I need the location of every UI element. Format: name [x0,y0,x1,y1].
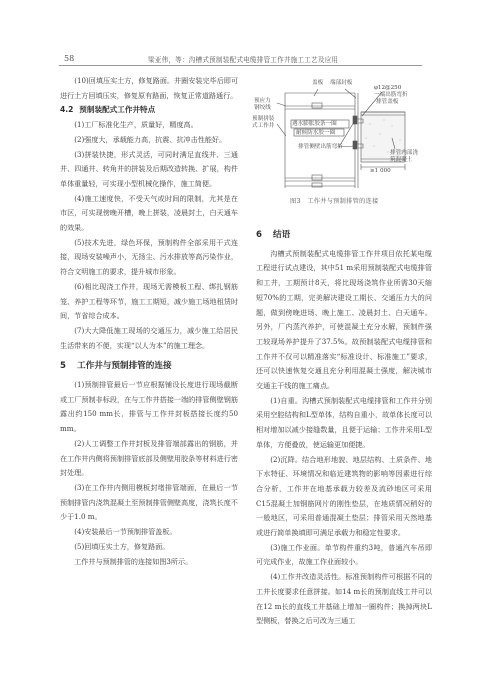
feature-item: (6)相比现浇工作井，现场无需模板工程、绑扎钢筋笼、养护工程等环节，施工工期短，… [60,280,238,324]
paragraph-step10: (10)回填压实土方，修复路面。井圈安装完毕后即可进行土方回填压实，修复原有路面… [60,74,238,103]
conclusion-paragraph: (1)自重。沟槽式预制装配式电缆排管和工作井分别采用空腔结构和L型单体，结构自重… [256,394,432,453]
label-dimension: ≥1 000 [370,168,391,175]
section-title: 结语 [273,230,290,240]
label-side-rebar-bend: 排管侧壁出筋弯折 [298,144,343,151]
label-precast-well: 预制拼装式工作井 [252,116,278,130]
section-number: 4.2 [60,103,74,118]
feature-item: (3)拼装快捷，形式灵活，可同时满足直线井、三通井、四通井、转角井的拼装及后期改… [60,148,238,192]
page-header: 58 梁亚伟，等：沟槽式预制装配式电缆排管工作井施工工艺及应用 [60,53,422,65]
connection-step: (4)安装最后一节预制排管盖板。 [60,525,238,540]
feature-item: (4)施工速度快，不受天气或时间的限制，尤其是在市区，可实现傍晚开槽，晚上拼装，… [60,192,238,236]
feature-item: (5)技术先进，绿色环保，预制构件全部采用干式连接，现场安装噪声小，无扬尘、污水… [60,236,238,280]
label-rebar-spec: φ12@250 [374,85,401,92]
conclusion-paragraph: 沟槽式预制装配式电缆排管工作井项目依托某电缆工程进行试点建设，其中51 m采用预… [256,247,432,394]
label-weather-sealant: 耐候防水胶一圈 [296,130,335,137]
feature-item: (2)强度大，承载能力高，抗震、抗冲击性能好。 [60,133,238,148]
connection-step: (5)回填压实土方，修复路面。 [60,540,238,555]
connection-step: (2)人工调整工作井封板及排管端部露出的钢筋，并在工作井内侧将预制排管底部及侧壁… [60,437,238,481]
label-pipe-cover: 排管盖板 [376,99,398,106]
left-column: (10)回填压实土方，修复路面。井圈安装完毕后即可进行土方回填压实，修复原有路面… [60,74,238,569]
label-water-swell-strip: 遇水膨胀胶条一圈 [292,121,337,128]
section-heading-6: 6 结语 [256,228,432,243]
section-title: 工作井与预制排管的连接 [77,361,172,371]
header-rule [59,65,422,66]
figure-3-diagram: 盖板 端部封板 φ12@250 一端出筋弯折 排管盖板 预应力钢绞线 预制拼装式… [252,76,432,196]
label-prestressed-strand: 预应力钢绞线 [254,98,276,112]
conclusion-paragraph: (4)工作井改造灵活性。标准预制构件可根据不同的工井长度要求任意拼接。如14 m… [256,570,432,629]
figure-reference: 工作井与预制排管的连接如图3所示。 [60,555,238,570]
feature-item: (1)工厂标准化生产，质量好，精度高。 [60,118,238,133]
label-rebar-bend: 一端出筋弯折 [374,92,408,99]
conclusion-paragraph: (2)沉降。结合地形地貌、地层结构、土质条件、地下水特征、环境情况和临近建筑物的… [256,453,432,541]
label-pipe-internal-concrete: 排管内部浇筑混凝土 [390,150,420,164]
feature-item: (7)大大降低施工现场的交通压力，减少施工给居民生活带来的不便，实现“以人为本”… [60,324,238,353]
section-number: 6 [256,228,270,243]
section-heading-5: 5 工作井与预制排管的连接 [60,359,238,374]
running-title: 梁亚伟，等：沟槽式预制装配式电缆排管工作井施工工艺及应用 [148,54,338,64]
connection-step: (1)预制排管最后一节应根据铺设长度进行现场截断或工厂预制非标段，在与工作井搭接… [60,378,238,437]
figure-caption: 图3 工作井与预制排管的连接 [290,196,379,205]
section-heading-4-2: 4.2 预制装配式工作井特点 [60,103,238,118]
page-number: 58 [64,54,74,63]
section-number: 5 [60,359,74,374]
connection-step: (3)在工作井内侧用模板封堵排管端面，在最后一节预制排管内浇筑混凝土至预制排管侧… [60,481,238,525]
label-end-seal-plate: 端部封板 [330,80,352,87]
label-cover-plate: 盖板 [312,80,323,87]
conclusion-paragraph: (3)施工作业面。单节构件重约3吨，普通汽车吊即可完成作业，故施工作业面较小。 [256,541,432,570]
right-column: 6 结语 沟槽式预制装配式电缆排管工作井项目依托某电缆工程进行试点建设，其中51… [256,228,432,629]
section-title: 预制装配式工作井特点 [79,105,155,114]
